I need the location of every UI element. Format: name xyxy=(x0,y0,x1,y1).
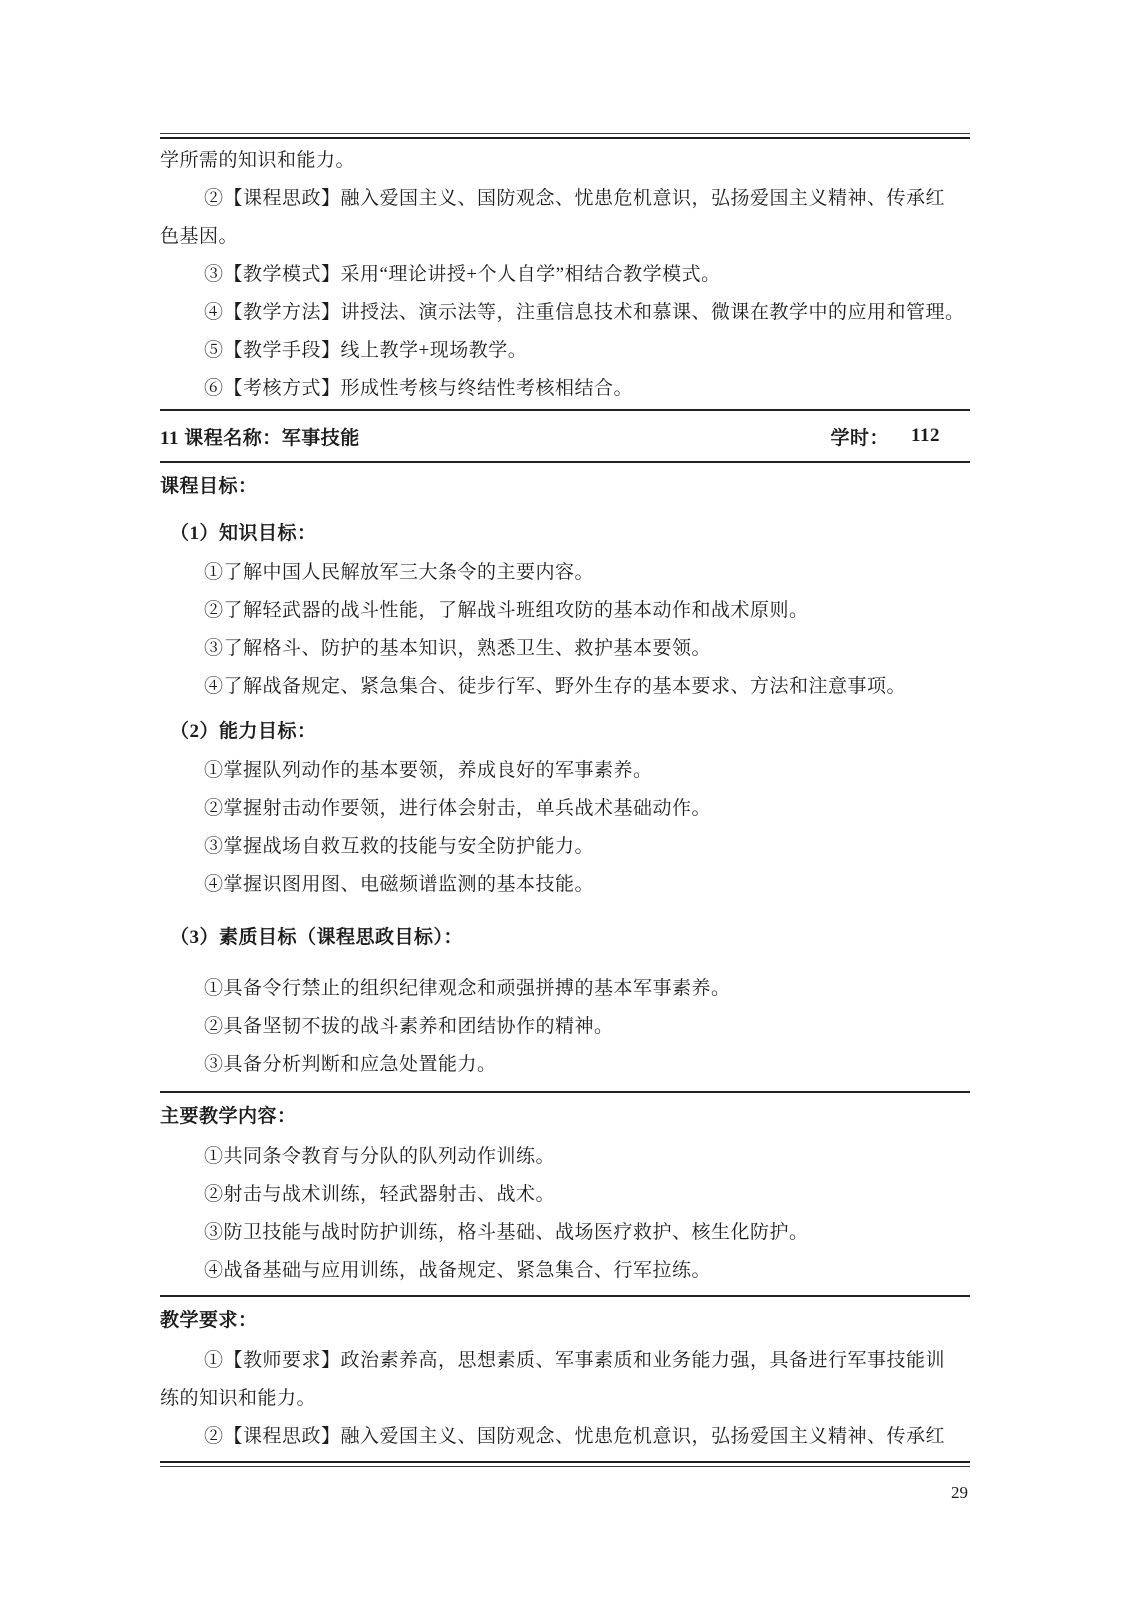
paragraph-line: ⑤【教学手段】线上教学+现场教学。 xyxy=(160,329,970,367)
knowledge-objectives-heading: （1）知识目标： xyxy=(160,511,970,551)
content-item: ②射击与战术训练，轻武器射击、战术。 xyxy=(160,1173,970,1211)
paragraph-line: ②【课程思政】融入爱国主义、国防观念、忧患危机意识，弘扬爱国主义精神、传承红 xyxy=(160,177,970,215)
objective-item: ③掌握战场自救互救的技能与安全防护能力。 xyxy=(160,825,970,863)
objectives-title: 课程目标： xyxy=(160,463,970,505)
course-hours: 学时： 112 xyxy=(831,423,970,450)
paragraph-line: ③【教学模式】采用“理论讲授+个人自学”相结合教学模式。 xyxy=(160,253,970,291)
objective-item: ④了解战备规定、紧急集合、徒步行军、野外生存的基本要求、方法和注意事项。 xyxy=(160,665,970,703)
page-content: 学所需的知识和能力。 ②【课程思政】融入爱国主义、国防观念、忧患危机意识，弘扬爱… xyxy=(160,133,970,1503)
content-item: ③防卫技能与战时防护训练，格斗基础、战场医疗救护、核生化防护。 xyxy=(160,1211,970,1249)
objective-item: ②具备坚韧不拔的战斗素养和团结协作的精神。 xyxy=(160,1005,970,1043)
page-number: 29 xyxy=(160,1483,970,1503)
objective-item: ②掌握射击动作要领，进行体会射击，单兵战术基础动作。 xyxy=(160,787,970,825)
objective-item: ①具备令行禁止的组织纪律观念和顽强拼搏的基本军事素养。 xyxy=(160,967,970,1005)
teaching-requirements-title: 教学要求： xyxy=(160,1297,970,1339)
hours-label: 学时： xyxy=(831,423,890,450)
objective-item: ③具备分析判断和应急处置能力。 xyxy=(160,1043,970,1081)
objective-item: ①掌握队列动作的基本要领，养成良好的军事素养。 xyxy=(160,749,970,787)
quality-objectives-heading: （3）素质目标（课程思政目标）： xyxy=(160,915,970,955)
course-objectives-section: 课程目标： （1）知识目标： ①了解中国人民解放军三大条令的主要内容。 ②了解轻… xyxy=(160,463,970,1081)
paragraph-line: 色基因。 xyxy=(160,215,970,253)
objective-item: ④掌握识图用图、电磁频谱监测的基本技能。 xyxy=(160,863,970,901)
requirement-line: ①【教师要求】政治素养高，思想素质、军事素质和业务能力强，具备进行军事技能训 xyxy=(160,1339,970,1377)
requirement-line: ②【课程思政】融入爱国主义、国防观念、忧患危机意识，弘扬爱国主义精神、传承红 xyxy=(160,1415,970,1453)
requirement-line: 练的知识和能力。 xyxy=(160,1377,970,1415)
content-item: ④战备基础与应用训练，战备规定、紧急集合、行军拉练。 xyxy=(160,1249,970,1287)
objective-item: ②了解轻武器的战斗性能，了解战斗班组攻防的基本动作和战术原则。 xyxy=(160,589,970,627)
content-item: ①共同条令教育与分队的队列动作训练。 xyxy=(160,1135,970,1173)
continuation-section: 学所需的知识和能力。 ②【课程思政】融入爱国主义、国防观念、忧患危机意识，弘扬爱… xyxy=(160,139,970,405)
paragraph-line: ④【教学方法】讲授法、演示法等，注重信息技术和慕课、微课在教学中的应用和管理。 xyxy=(160,291,970,329)
teaching-requirements-section: 教学要求： ①【教师要求】政治素养高，思想素质、军事素质和业务能力强，具备进行军… xyxy=(160,1297,970,1453)
objective-item: ①了解中国人民解放军三大条令的主要内容。 xyxy=(160,551,970,589)
course-number-and-name: 11 课程名称：军事技能 xyxy=(160,423,360,450)
bottom-double-border xyxy=(160,1461,970,1467)
document-page: 学所需的知识和能力。 ②【课程思政】融入爱国主义、国防观念、忧患危机意识，弘扬爱… xyxy=(0,0,1131,1600)
hours-value: 112 xyxy=(911,425,940,447)
paragraph-line: 学所需的知识和能力。 xyxy=(160,139,970,177)
teaching-content-section: 主要教学内容： ①共同条令教育与分队的队列动作训练。 ②射击与战术训练，轻武器射… xyxy=(160,1093,970,1287)
objective-item: ③了解格斗、防护的基本知识，熟悉卫生、救护基本要领。 xyxy=(160,627,970,665)
paragraph-line: ⑥【考核方式】形成性考核与终结性考核相结合。 xyxy=(160,367,970,405)
ability-objectives-heading: （2）能力目标： xyxy=(160,709,970,749)
course-header-row: 11 课程名称：军事技能 学时： 112 xyxy=(160,411,970,461)
teaching-content-title: 主要教学内容： xyxy=(160,1093,970,1135)
